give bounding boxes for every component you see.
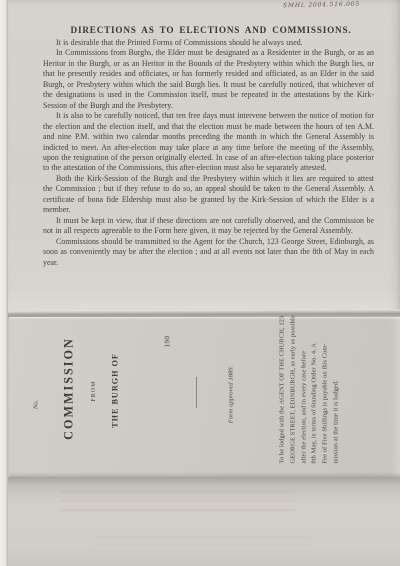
directions-paragraph: It is also to be carefully noticed, that… [43, 111, 374, 174]
document-scan: SMHL 2004.516.005 DIRECTIONS AS TO ELECT… [0, 0, 400, 566]
note-line: after the election, and in every case be… [299, 322, 310, 464]
form-lodging-note: To be lodged with the AGENT OF THE CHURC… [278, 322, 343, 464]
form-approved-note: Form approved 1889. [227, 357, 236, 433]
note-line: 8th May, in terms of Standing Order No. … [310, 322, 321, 464]
showthrough-text-smudge [60, 491, 295, 517]
form-no-label: No. [32, 397, 41, 413]
note-line: To be lodged with the AGENT OF THE CHURC… [278, 322, 289, 464]
scan-edge-strip [0, 0, 8, 566]
note-line: GEORGE STREET, EDINBURGH, as early as po… [288, 322, 299, 464]
directions-title: DIRECTIONS AS TO ELECTIONS AND COMMISSIO… [48, 25, 374, 35]
form-year-label: 190 [163, 333, 172, 351]
directions-paragraph: In Commissions from Burghs, the Elder mu… [43, 48, 374, 111]
note-line: mission at the time it is lodged. [331, 322, 342, 464]
form-fill-line [196, 377, 197, 408]
form-burgh-of-label: THE BURGH OF [110, 352, 121, 430]
note-line: Fee of Five Shillings is payable on this… [321, 322, 332, 464]
directions-body: It is desirable that the Printed Forms o… [43, 38, 374, 268]
form-title-commission: COMMISSION [61, 340, 78, 438]
form-from-label: FROM [90, 380, 98, 402]
directions-paragraph: It must be kept in view, that if these d… [43, 216, 374, 237]
directions-paragraph: Both the Kirk-Session of the Burgh and t… [43, 174, 374, 216]
directions-paragraph: Commissions should be transmitted to the… [43, 237, 374, 268]
directions-paragraph: It is desirable that the Printed Forms o… [43, 38, 374, 48]
showthrough-text-smudge [95, 536, 310, 552]
